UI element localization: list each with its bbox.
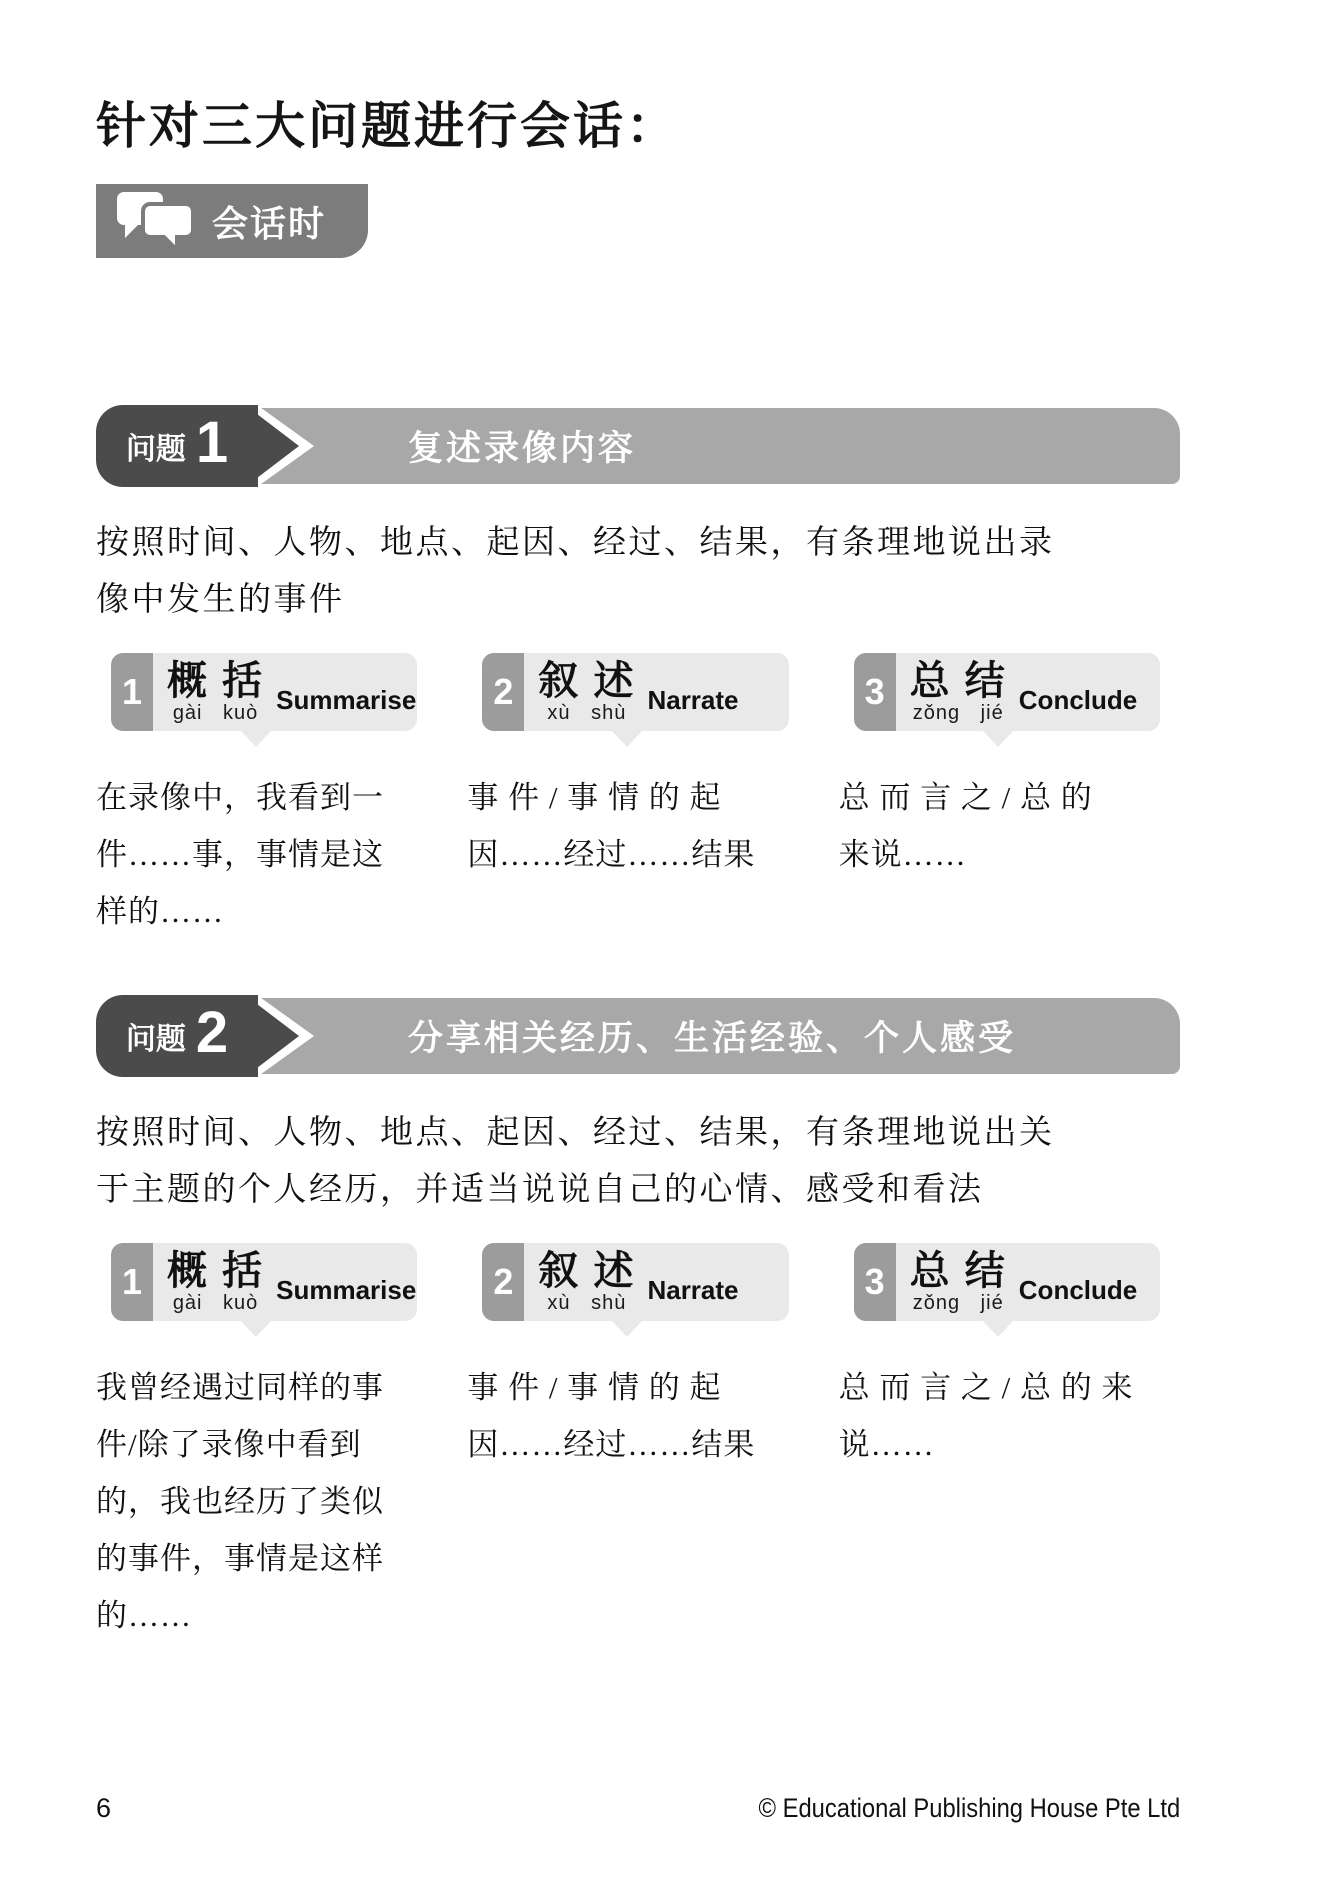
badge-number: 1: [196, 414, 228, 478]
card-header: 3 总 结 zǒng jié Conclude: [854, 1243, 1160, 1321]
card-number-tab: 3: [854, 1243, 896, 1321]
card-title-zh: 叙 述: [538, 660, 635, 702]
card-title-group: 概 括 gài kuò: [167, 1250, 264, 1315]
card-title-zh: 叙 述: [538, 1250, 635, 1292]
card-conclude: 3 总 结 zǒng jié Conclude 总 而 言 之 / 总 的 来 …: [839, 1243, 1160, 1644]
document-page: 针对三大问题进行会话： 会话时 复述录像内容 问题 1: [0, 0, 1340, 1891]
section-2-cards-row: 1 概 括 gài kuò Summarise 我曾经遇过同样的事 件/除了录像…: [96, 1243, 1160, 1644]
section-1-description: 按照时间、人物、地点、起因、经过、结果，有条理地说出录 像中发生的事件: [96, 515, 1180, 629]
card-title-en: Narrate: [647, 1275, 738, 1306]
card-title-en: Summarise: [276, 1275, 416, 1306]
page-title: 针对三大问题进行会话：: [96, 86, 1180, 158]
card-header: 1 概 括 gài kuò Summarise: [111, 653, 417, 731]
card-title-en: Summarise: [276, 685, 416, 716]
card-title-en: Narrate: [647, 685, 738, 716]
card-body-text: 我曾经遇过同样的事 件/除了录像中看到 的，我也经历了类似 的事件，事情是这样 …: [96, 1359, 417, 1644]
card-title-en: Conclude: [1019, 685, 1137, 716]
speech-tail-icon: [982, 730, 1014, 747]
card-number-tab: 3: [854, 653, 896, 731]
section-2-question-badge: 问题 2: [96, 995, 314, 1077]
section-1-question-badge: 问题 1: [96, 405, 314, 487]
speech-tail-icon: [240, 730, 272, 747]
card-number-tab: 2: [482, 653, 524, 731]
conversation-banner: 会话时: [96, 184, 368, 258]
section-2-header: 分享相关经历、生活经验、个人感受 问题 2: [96, 995, 1180, 1077]
card-conclude: 3 总 结 zǒng jié Conclude 总 而 言 之 / 总 的 来说…: [839, 653, 1160, 940]
card-header: 3 总 结 zǒng jié Conclude: [854, 653, 1160, 731]
card-pinyin: xù shù: [547, 702, 626, 725]
card-narrate: 2 叙 述 xù shù Narrate 事 件 / 事 情 的 起 因……经过…: [467, 1243, 788, 1644]
card-pinyin: xù shù: [547, 1292, 626, 1315]
card-title-group: 叙 述 xù shù: [538, 660, 635, 725]
card-body-text: 总 而 言 之 / 总 的 来 说……: [839, 1359, 1160, 1473]
card-header: 1 概 括 gài kuò Summarise: [111, 1243, 417, 1321]
card-header: 2 叙 述 xù shù Narrate: [482, 653, 788, 731]
badge-body: 问题 2: [96, 995, 258, 1077]
card-pinyin: zǒng jié: [913, 702, 1004, 725]
banner-label: 会话时: [212, 196, 326, 247]
card-number-tab: 1: [111, 653, 153, 731]
card-title-zh: 概 括: [167, 1250, 264, 1292]
section-2-description: 按照时间、人物、地点、起因、经过、结果，有条理地说出关 于主题的个人经历，并适当…: [96, 1105, 1180, 1219]
card-title-zh: 总 结: [910, 1250, 1007, 1292]
card-title-group: 叙 述 xù shù: [538, 1250, 635, 1315]
card-pinyin: gài kuò: [173, 702, 259, 725]
speech-tail-icon: [240, 1320, 272, 1337]
speech-bubbles-icon: [114, 189, 198, 253]
card-summarise: 1 概 括 gài kuò Summarise 在录像中，我看到一 件……事，事…: [96, 653, 417, 940]
card-body-text: 总 而 言 之 / 总 的 来说……: [839, 769, 1160, 883]
card-number-tab: 2: [482, 1243, 524, 1321]
card-title-en: Conclude: [1019, 1275, 1137, 1306]
card-header: 2 叙 述 xù shù Narrate: [482, 1243, 788, 1321]
section-2-heading: 分享相关经历、生活经验、个人感受: [408, 1011, 1016, 1061]
badge-number: 2: [196, 1004, 228, 1068]
badge-label: 问题: [126, 1014, 186, 1058]
copyright-text: © Educational Publishing House Pte Ltd: [758, 1793, 1180, 1824]
speech-tail-icon: [611, 1320, 643, 1337]
card-pinyin: zǒng jié: [913, 1292, 1004, 1315]
card-title-group: 总 结 zǒng jié: [910, 660, 1007, 725]
card-title-zh: 总 结: [910, 660, 1007, 702]
speech-tail-icon: [611, 730, 643, 747]
speech-tail-icon: [982, 1320, 1014, 1337]
card-pinyin: gài kuò: [173, 1292, 259, 1315]
section-1-heading: 复述录像内容: [408, 421, 636, 471]
card-summarise: 1 概 括 gài kuò Summarise 我曾经遇过同样的事 件/除了录像…: [96, 1243, 417, 1644]
badge-body: 问题 1: [96, 405, 258, 487]
card-body-text: 在录像中，我看到一 件……事，事情是这 样的……: [96, 769, 417, 940]
card-title-zh: 概 括: [167, 660, 264, 702]
page-number: 6: [96, 1793, 111, 1824]
card-body-text: 事 件 / 事 情 的 起 因……经过……结果: [467, 1359, 788, 1473]
card-title-group: 总 结 zǒng jié: [910, 1250, 1007, 1315]
section-1-cards-row: 1 概 括 gài kuò Summarise 在录像中，我看到一 件……事，事…: [96, 653, 1160, 940]
card-title-group: 概 括 gài kuò: [167, 660, 264, 725]
card-number-tab: 1: [111, 1243, 153, 1321]
card-body-text: 事 件 / 事 情 的 起 因……经过……结果: [467, 769, 788, 883]
page-footer: 6 © Educational Publishing House Pte Ltd: [96, 1793, 1180, 1824]
section-1-header: 复述录像内容 问题 1: [96, 405, 1180, 487]
badge-label: 问题: [126, 424, 186, 468]
card-narrate: 2 叙 述 xù shù Narrate 事 件 / 事 情 的 起 因……经过…: [467, 653, 788, 940]
